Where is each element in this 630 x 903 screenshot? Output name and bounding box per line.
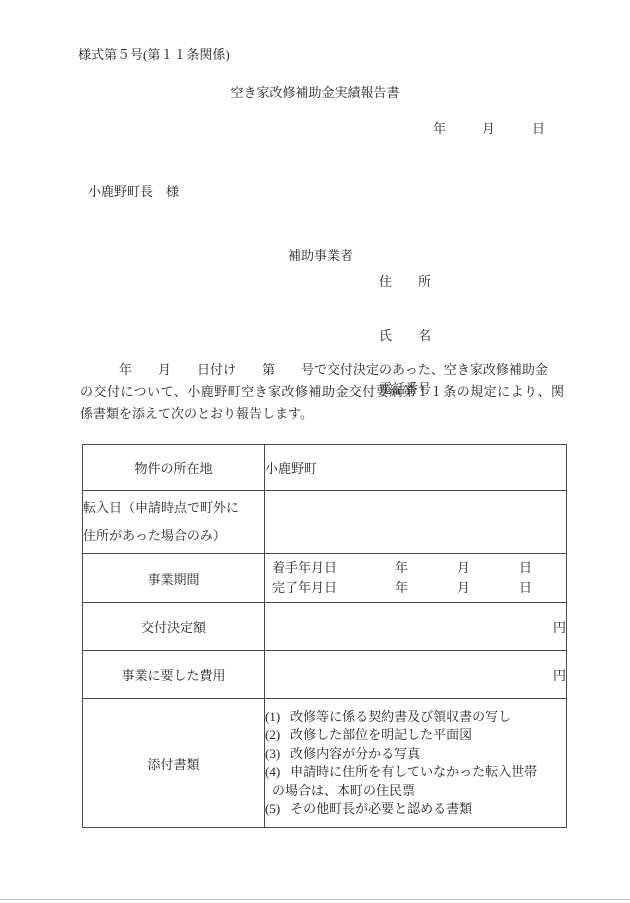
item-number: (1) xyxy=(265,708,280,727)
row-value: (1)改修等に係る契約書及び領収書の写し (2)改修した部位を明記した平面図 (… xyxy=(265,699,567,828)
row-label-line: 住所があった場合のみ） xyxy=(83,522,264,550)
table-row-property-location: 物件の所在地 小鹿野町 xyxy=(83,445,567,491)
applicant-label: 補助事業者 xyxy=(288,242,353,270)
row-label: 事業に要した費用 xyxy=(83,651,265,699)
table-row-project-period: 事業期間 着手年月日 年 月 日 完了年月日 年 月 日 xyxy=(83,554,567,603)
date-day-label: 日 xyxy=(532,122,545,135)
item-number: (5) xyxy=(265,800,280,819)
addressee: 小鹿野町長 様 xyxy=(88,185,179,198)
period-line-end: 完了年月日 年 月 日 xyxy=(265,578,566,598)
period-year-label: 年 xyxy=(395,581,408,594)
table-row-attachments: 添付書類 (1)改修等に係る契約書及び領収書の写し (2)改修した部位を明記した… xyxy=(83,699,567,828)
attachment-item: (1)改修等に係る契約書及び領収書の写し xyxy=(265,708,547,727)
row-label-line: 転入日（申請時点で町外に xyxy=(83,494,264,522)
table-row-grant-decision-amount: 交付決定額 円 xyxy=(83,603,567,651)
yen-unit-label: 円 xyxy=(265,651,567,699)
period-start-label: 着手年月日 xyxy=(272,561,337,574)
period-end-label: 完了年月日 xyxy=(272,581,337,594)
attachment-item: (3)改修内容が分かる写真 xyxy=(265,745,547,764)
row-value xyxy=(265,491,567,554)
item-text: 改修内容が分かる写真 xyxy=(290,746,420,761)
applicant-field-address: 住 所 xyxy=(379,268,431,296)
document-page: 様式第５号(第１１条関係) 空き家改修補助金実績報告書 年 月 日 小鹿野町長 … xyxy=(0,0,630,903)
period-day-label: 日 xyxy=(519,581,532,594)
item-text: 改修した部位を明記した平面図 xyxy=(290,727,472,742)
row-label: 交付決定額 xyxy=(83,603,265,651)
period-month-label: 月 xyxy=(457,561,470,574)
body-line: の交付について、小鹿野町空き家改修補助金交付要綱第１１条の規定により、関 xyxy=(80,381,564,403)
date-month-label: 月 xyxy=(482,122,495,135)
page-bottom-edge xyxy=(0,899,630,900)
attachment-list: (1)改修等に係る契約書及び領収書の写し (2)改修した部位を明記した平面図 (… xyxy=(265,708,547,819)
row-label: 添付書類 xyxy=(83,699,265,828)
row-label: 物件の所在地 xyxy=(83,445,265,491)
row-label: 事業期間 xyxy=(83,554,265,603)
period-month-label: 月 xyxy=(457,581,470,594)
item-number: (2) xyxy=(265,726,280,745)
table-row-movein-date: 転入日（申請時点で町外に 住所があった場合のみ） xyxy=(83,491,567,554)
row-value: 着手年月日 年 月 日 完了年月日 年 月 日 xyxy=(265,554,567,603)
row-value: 小鹿野町 xyxy=(265,445,567,491)
period-day-label: 日 xyxy=(519,561,532,574)
yen-unit-label: 円 xyxy=(265,603,567,651)
report-table: 物件の所在地 小鹿野町 転入日（申請時点で町外に 住所があった場合のみ） 事業期… xyxy=(82,444,567,828)
attachment-item: (2)改修した部位を明記した平面図 xyxy=(265,726,547,745)
period-year-label: 年 xyxy=(395,561,408,574)
item-text: 改修等に係る契約書及び領収書の写し xyxy=(290,709,511,724)
row-label: 転入日（申請時点で町外に 住所があった場合のみ） xyxy=(83,491,265,554)
body-line: 年 月 日付け 第 号で交付決定のあった、空き家改修補助金 xyxy=(80,359,564,381)
date-year-label: 年 xyxy=(433,122,446,135)
attachment-item: (4)申請時に住所を有していなかった転入世帯の場合は、本町の住民票 xyxy=(265,763,547,800)
applicant-field-name: 氏 名 xyxy=(379,322,431,350)
period-line-start: 着手年月日 年 月 日 xyxy=(265,558,566,578)
form-number: 様式第５号(第１１条関係) xyxy=(78,48,230,61)
attachment-item: (5)その他町長が必要と認める書類 xyxy=(265,800,547,819)
item-text: その他町長が必要と認める書類 xyxy=(290,801,472,816)
item-number: (3) xyxy=(265,745,280,764)
date-line: 年 月 日 xyxy=(0,122,630,136)
body-paragraph: 年 月 日付け 第 号で交付決定のあった、空き家改修補助金 の交付について、小鹿… xyxy=(80,359,564,425)
body-line: 係書類を添えて次のとおり報告します。 xyxy=(80,403,564,425)
item-number: (4) xyxy=(265,763,280,782)
item-text: 申請時に住所を有していなかった転入世帯の場合は、本町の住民票 xyxy=(272,764,537,798)
table-row-project-cost: 事業に要した費用 円 xyxy=(83,651,567,699)
document-title: 空き家改修補助金実績報告書 xyxy=(0,86,630,99)
